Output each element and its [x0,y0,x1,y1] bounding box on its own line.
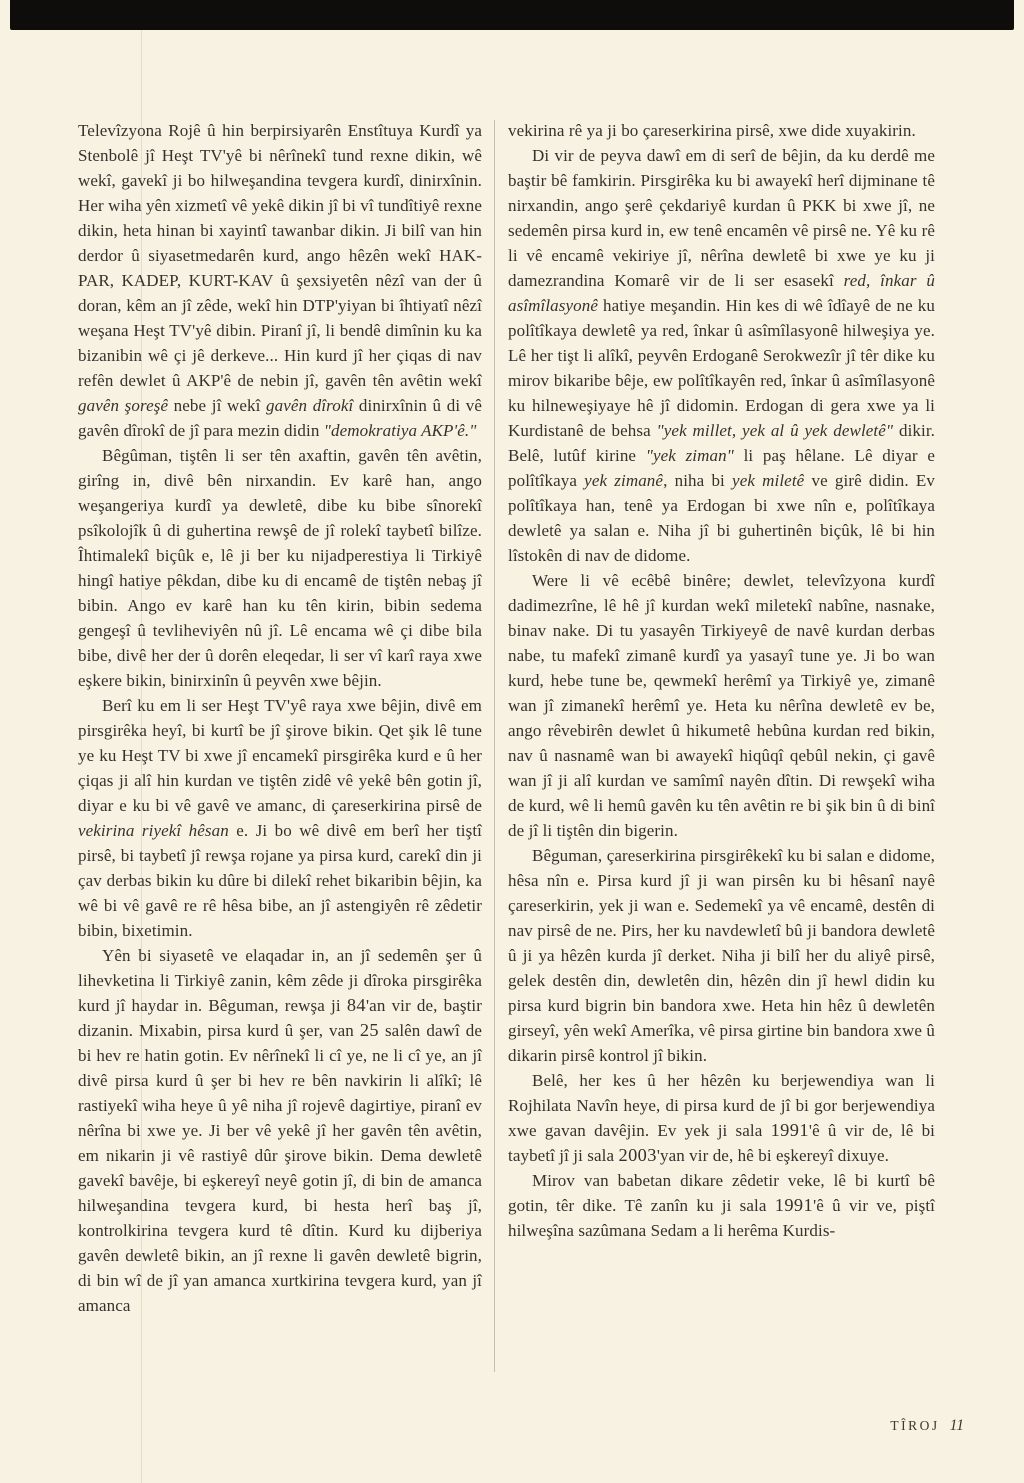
paragraph: Belê, her kes û her hêzên ku berjewendiy… [508,1068,935,1168]
body-text: Berî ku em li ser Heşt TV'yê raya xwe bê… [78,696,482,815]
column-right: vekirina rê ya ji bo çareserkirina pirsê… [508,118,935,1243]
paragraph: Were li vê ecêbê binêre; dewlet, televîz… [508,568,935,843]
paragraph: Yên bi siyasetê ve elaqadar in, an jî se… [78,943,482,1318]
paragraph: vekirina rê ya ji bo çareserkirina pirsê… [508,118,935,143]
body-text: hatiye meşandin. Hin kes di wê îdîayê de… [508,296,935,440]
numeral-text: 84 [347,995,366,1015]
body-text: Bêgûman, tiştên li ser tên axaftin, gavê… [78,446,482,690]
paragraph: Bêgûman, tiştên li ser tên axaftin, gavê… [78,443,482,693]
emphasis-text: yek miletê [732,471,804,490]
paragraph: Bêguman, çareserkirina pirsgirêkekî ku b… [508,843,935,1068]
emphasis-text: "demokratiya AKP'ê." [324,421,477,440]
body-text: Di vir de peyva dawî em di serî de bêjin… [508,146,935,290]
paragraph: Berî ku em li ser Heşt TV'yê raya xwe bê… [78,693,482,943]
page-footer: TÎROJ11 [890,1417,964,1435]
paragraph: Mirov van babetan dikare zêdetir veke, l… [508,1168,935,1243]
numeral-text: 1991 [771,1120,809,1140]
emphasis-text: gavên şoreşê [78,396,168,415]
paragraph: Di vir de peyva dawî em di serî de bêjin… [508,143,935,568]
emphasis-text: gavên dîrokî [266,396,353,415]
paragraph: Televîzyona Rojê û hin berpirsiyarên Ens… [78,118,482,443]
emphasis-text: "yek ziman" [646,446,734,465]
body-text: vekirina rê ya ji bo çareserkirina pirsê… [508,121,916,140]
body-text: , niha bi [663,471,732,490]
numeral-text: 1991 [775,1195,813,1215]
body-text: nebe jî wekî [168,396,266,415]
body-text: salên dawî de bi hev re hatin gotin. Ev … [78,1021,482,1315]
journal-title: TÎROJ [890,1418,939,1433]
body-text: Bêguman, çareserkirina pirsgirêkekî ku b… [508,846,935,1065]
page-number: 11 [950,1417,964,1434]
column-left: Televîzyona Rojê û hin berpirsiyarên Ens… [78,118,482,1318]
numeral-text: 25 [360,1020,379,1040]
emphasis-text: "yek millet, yek al û yek dewletê" [657,421,894,440]
emphasis-text: vekirina riyekî hêsan [78,821,229,840]
numeral-text: 2003 [618,1145,656,1165]
body-text: 'yan vir de, hê bi eşkereyî dixuye. [657,1146,889,1165]
body-text: Televîzyona Rojê û hin berpirsiyarên Ens… [78,121,482,390]
body-text: Were li vê ecêbê binêre; dewlet, televîz… [508,571,935,840]
column-divider [494,120,495,1372]
emphasis-text: yek zimanê [584,471,663,490]
scan-top-bar [10,0,1014,30]
